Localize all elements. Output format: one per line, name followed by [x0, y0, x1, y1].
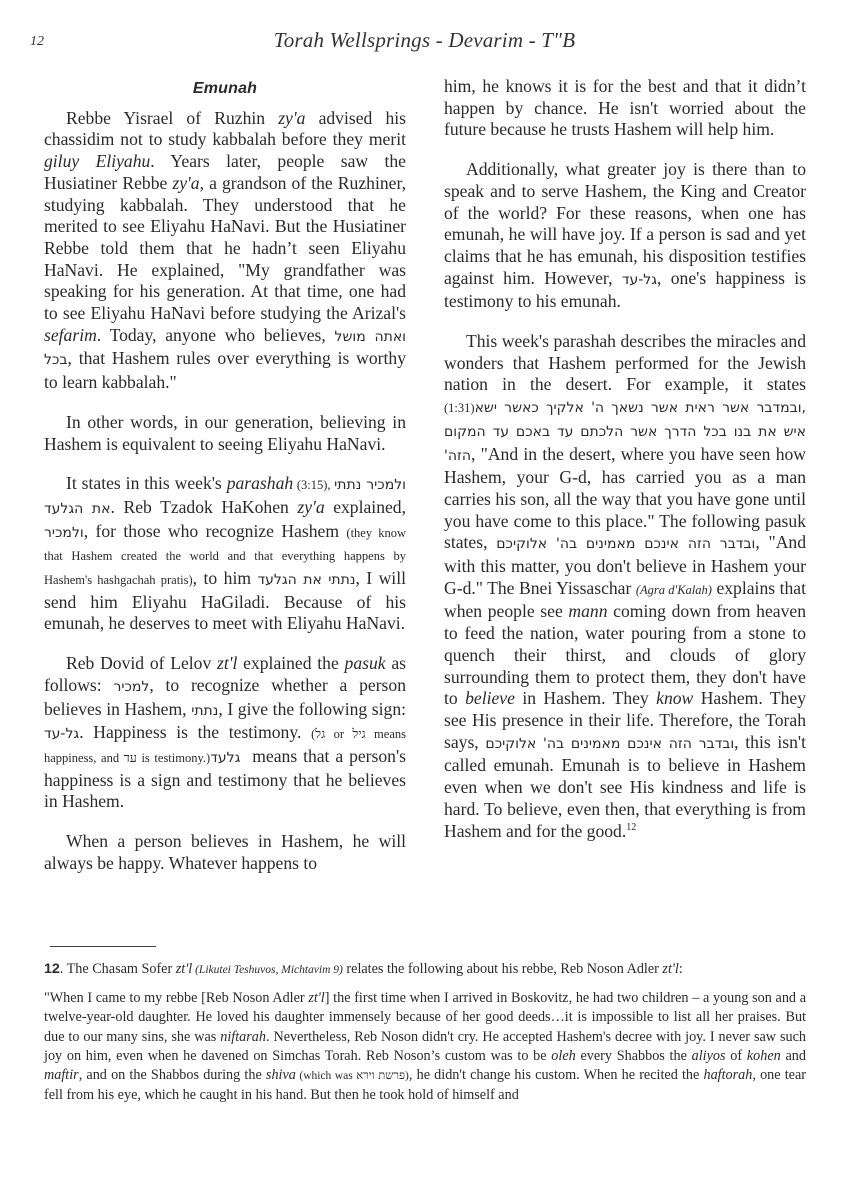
text-italic: haftorah: [703, 1067, 752, 1083]
text-italic: zy'a,: [172, 173, 204, 193]
text: a grandson of the Ruzhiner, studying kab…: [44, 173, 406, 323]
paragraph: Additionally, what greater joy is there …: [444, 159, 806, 313]
text: . The Chasam Sofer: [60, 961, 176, 977]
paragraph: Reb Dovid of Lelov zt'l explained the pa…: [44, 653, 406, 813]
text-italic: maftir: [44, 1067, 79, 1083]
citation: (Agra d'Kalah): [636, 583, 712, 597]
text-italic: zt'l: [217, 653, 237, 673]
text: explained the: [237, 653, 344, 673]
text: Rebbe Yisrael of Ruzhin: [66, 108, 278, 128]
footnote-number: 12: [44, 961, 60, 977]
text: Reb Dovid of Lelov: [66, 653, 217, 673]
text-italic: oleh: [551, 1048, 575, 1064]
paragraph: It states in this week's parashah (3:15)…: [44, 473, 406, 635]
text: , I give the following sign:: [218, 699, 406, 719]
paragraph: When a person believes in Hashem, he wil…: [44, 831, 406, 874]
text: . Happiness is the testimony.: [79, 722, 311, 742]
citation: (Likutei Teshuvos, Michtavim 9): [192, 964, 343, 976]
text-italic: shiva: [266, 1067, 296, 1083]
paragraph: him, he knows it is for the best and tha…: [444, 76, 806, 141]
text: , and on the Shabbos during the: [79, 1067, 266, 1083]
left-column: Emunah Rebbe Yisrael of Ruzhin zy'a advi…: [44, 76, 406, 893]
text: . Today, anyone who believes,: [97, 325, 335, 345]
text-italic: believe: [465, 688, 515, 708]
text-italic: kohen: [747, 1048, 781, 1064]
parenthetical-note: (which was פרשת וירא): [296, 1070, 409, 1082]
hebrew-text: ולמכיר: [44, 525, 84, 541]
paragraph: Rebbe Yisrael of Ruzhin zy'a advised his…: [44, 108, 406, 394]
text-italic: zy'a: [297, 497, 324, 517]
hebrew-text: גל-עד: [44, 726, 79, 742]
hebrew-text: ובדבר הזה אינכם מאמינים בה' אלוקיכם: [485, 736, 734, 752]
text: of: [726, 1048, 747, 1064]
text-italic: zy'a: [278, 108, 305, 128]
text: in Hashem. They: [515, 688, 656, 708]
footnote-reference[interactable]: 12: [626, 822, 636, 833]
text-italic: zt'l: [662, 961, 678, 977]
right-column: him, he knows it is for the best and tha…: [444, 76, 806, 860]
footnote-12: 12. The Chasam Sofer zt'l (Likutei Teshu…: [44, 960, 806, 980]
text: :: [679, 961, 683, 977]
footnote-quote: "When I came to my rebbe [Reb Noson Adle…: [44, 989, 806, 1105]
text: , he didn't change his custom. When he r…: [409, 1067, 704, 1083]
text: , to him: [193, 568, 258, 588]
hebrew-text: ובדבר הזה אינכם מאמינים בה' אלוקיכם: [496, 536, 755, 552]
hebrew-text: נתתי: [191, 703, 218, 719]
text-italic: zt'l: [176, 961, 192, 977]
running-header-title: Torah Wellsprings - Devarim - T"B: [0, 28, 849, 53]
text: It states in this week's: [66, 473, 227, 493]
citation: (1:31): [444, 401, 475, 415]
text-italic: niftarah: [220, 1029, 266, 1045]
section-heading: Emunah: [44, 78, 406, 100]
hebrew-text: גלעד: [210, 750, 246, 766]
hebrew-text: למכיר: [113, 679, 149, 695]
text-italic: aliyos: [692, 1048, 726, 1064]
citation: (3:15),: [293, 478, 334, 492]
text-italic: parashah: [227, 473, 293, 493]
text: , that Hashem rules over everything is w…: [44, 348, 406, 392]
paragraph: In other words, in our generation, belie…: [44, 412, 406, 455]
paragraph: This week's parashah describes the mirac…: [444, 331, 806, 842]
text-italic: sefarim: [44, 325, 97, 345]
hebrew-text: גל-עד: [622, 272, 657, 288]
hebrew-text: נתתי את הגלעד: [257, 572, 355, 588]
text: "When I came to my rebbe [Reb Noson Adle…: [44, 990, 308, 1006]
footnotes-section: 12. The Chasam Sofer zt'l (Likutei Teshu…: [44, 960, 806, 1114]
text-italic: giluy Eliyahu: [44, 151, 150, 171]
text-italic: mann: [568, 601, 607, 621]
text-italic: pasuk: [345, 653, 386, 673]
text-italic: zt'l: [308, 990, 324, 1006]
text: every Shabbos the: [576, 1048, 692, 1064]
text: explained,: [325, 497, 406, 517]
text: relates the following about his rebbe, R…: [343, 961, 663, 977]
footnote-divider: [50, 946, 156, 947]
text: and: [781, 1048, 806, 1064]
text: This week's parashah describes the mirac…: [444, 331, 806, 394]
text: . Reb Tzadok HaKohen: [110, 497, 297, 517]
text: , for those who recognize Hashem: [84, 521, 347, 541]
text-italic: know: [656, 688, 693, 708]
